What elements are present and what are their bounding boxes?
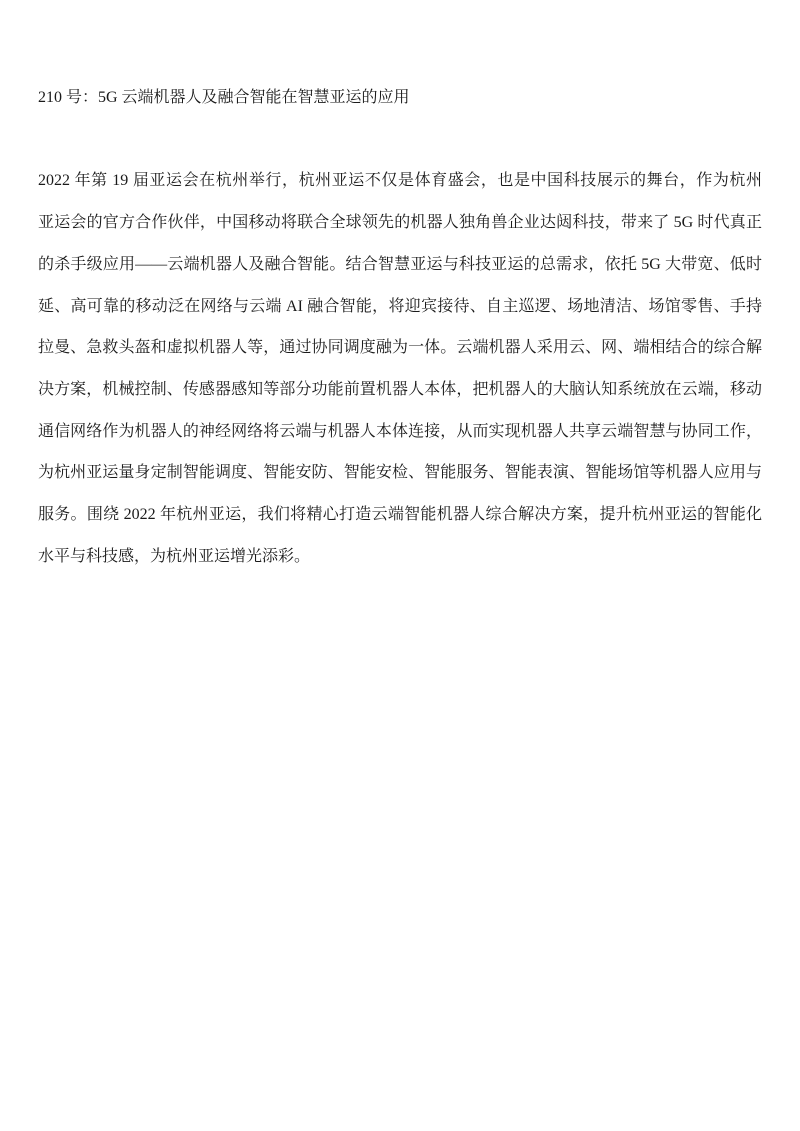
paragraph-line-8: 为杭州亚运量身定制智能调度、智能安防、智能安检、智能服务、智能表演、智能场馆等机… [38,452,762,494]
title-body-spacer [38,119,762,161]
paragraph-line-10: 水平与科技感，为杭州亚运增光添彩。 [38,536,762,578]
document-page: 210 号：5G 云端机器人及融合智能在智慧亚运的应用 2022 年第 19 届… [0,0,800,1131]
paragraph-line-3: 的杀手级应用——云端机器人及融合智能。结合智慧亚运与科技亚运的总需求，依托 5G… [38,244,762,286]
paragraph-line-1: 2022 年第 19 届亚运会在杭州举行，杭州亚运不仅是体育盛会，也是中国科技展… [38,160,762,202]
paragraph-line-5: 拉曼、急救头盔和虚拟机器人等，通过协同调度融为一体。云端机器人采用云、网、端相结… [38,327,762,369]
paragraph-line-2: 亚运会的官方合作伙伴，中国移动将联合全球领先的机器人独角兽企业达闼科技，带来了 … [38,202,762,244]
body-paragraph: 2022 年第 19 届亚运会在杭州举行，杭州亚运不仅是体育盛会，也是中国科技展… [38,160,762,577]
paragraph-line-6: 决方案，机械控制、传感器感知等部分功能前置机器人本体，把机器人的大脑认知系统放在… [38,369,762,411]
paragraph-line-4: 延、高可靠的移动泛在网络与云端 AI 融合智能，将迎宾接待、自主巡逻、场地清洁、… [38,286,762,328]
paragraph-line-9: 服务。围绕 2022 年杭州亚运，我们将精心打造云端智能机器人综合解决方案，提升… [38,494,762,536]
paragraph-line-7: 通信网络作为机器人的神经网络将云端与机器人本体连接，从而实现机器人共享云端智慧与… [38,411,762,453]
document-title: 210 号：5G 云端机器人及融合智能在智慧亚运的应用 [38,77,762,119]
